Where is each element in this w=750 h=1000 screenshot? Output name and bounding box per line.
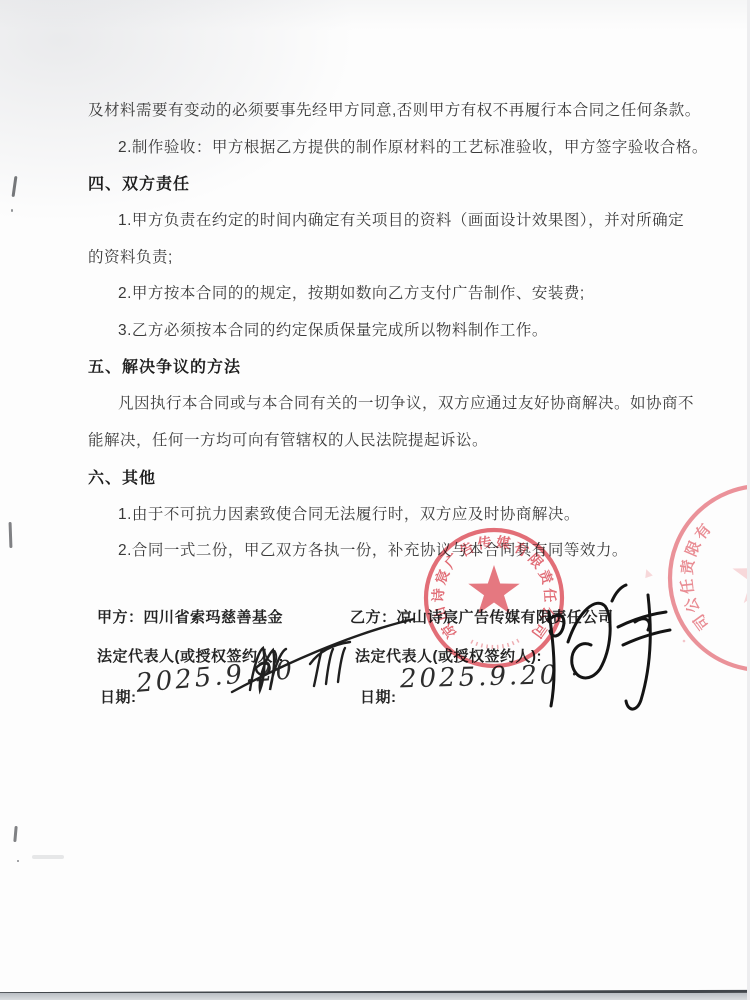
svg-text:公: 公 — [682, 594, 704, 615]
svg-text:责: 责 — [536, 567, 556, 587]
edge-seal-ring — [670, 486, 750, 670]
svg-text:宸: 宸 — [432, 567, 452, 586]
edge-seal-partial: 有限责任公司 — [643, 486, 750, 670]
section-4-heading: 四、双方责任 — [88, 171, 190, 194]
paragraph-item-2-2: 2.制作验收：甲方根据乙方提供的制作原材料的工艺标准验收，甲方签字验收合格。 — [118, 135, 708, 157]
scan-ink-mark — [9, 522, 13, 548]
party-a-name: 甲方：四川省索玛慈善基金 — [97, 606, 283, 627]
edge-seal-ring-text: 有限责任公司 — [678, 520, 715, 633]
svg-text:限: 限 — [682, 538, 704, 559]
section-6-heading: 六、其他 — [88, 465, 156, 488]
svg-text:有: 有 — [691, 520, 714, 543]
svg-text:诗: 诗 — [430, 588, 447, 603]
section-4-item-2: 2.甲方按本合同的的规定，按期如数向乙方支付广告制作、安装费; — [118, 281, 585, 303]
section-5-para-a: 凡因执行本合同或与本合同有关的一切争议，双方应通过友好协商解决。如协商不 — [118, 391, 694, 413]
section-6-item-1: 1.由于不可抗力因素致使合同无法履行时，双方应及时协商解决。 — [118, 502, 580, 524]
scanner-background — [0, 993, 750, 1000]
section-6-item-2: 2.合同一式二份，甲乙双方各执一份，补充协议与本合同具有同等效力。 — [118, 538, 628, 560]
paragraph-continuation: 及材料需要有变动的必须要事先经甲方同意,否则甲方有权不再履行本合同之任何条款。 — [88, 98, 701, 120]
scan-smudge — [32, 855, 64, 859]
section-5-para-b: 能解决，任何一方均可向有管辖权的人民法院提起诉讼。 — [88, 428, 488, 450]
section-5-heading: 五、解决争议的方法 — [88, 354, 241, 377]
scan-ink-dot — [17, 860, 19, 862]
svg-text:任: 任 — [542, 588, 559, 603]
party-a-date-label: 日期: — [100, 686, 137, 707]
party-b-signature — [549, 585, 670, 709]
edge-seal-ink-fleck — [643, 568, 653, 578]
scan-ink-dot — [11, 209, 13, 212]
section-4-item-1b: 的资料负责; — [88, 245, 173, 267]
section-4-item-1a: 1.甲方负责在约定的时间内确定有关项目的资料（画面设计效果图），并对所确定 — [118, 208, 684, 230]
scan-ink-mark — [13, 826, 17, 842]
scan-ink-mark — [12, 176, 18, 197]
party-b-date-label: 日期: — [360, 686, 397, 707]
section-4-item-3: 3.乙方必须按本合同的约定保质保量完成所以物料制作工作。 — [118, 318, 548, 340]
svg-text:任: 任 — [678, 578, 698, 595]
svg-text:司: 司 — [690, 611, 713, 634]
svg-text:责: 责 — [679, 557, 698, 575]
party-b-name: 乙方：凉山诗宸广告传媒有限责任公司 — [350, 606, 614, 627]
party-b-date-handwritten: 2025.9.20 · — [400, 660, 583, 695]
